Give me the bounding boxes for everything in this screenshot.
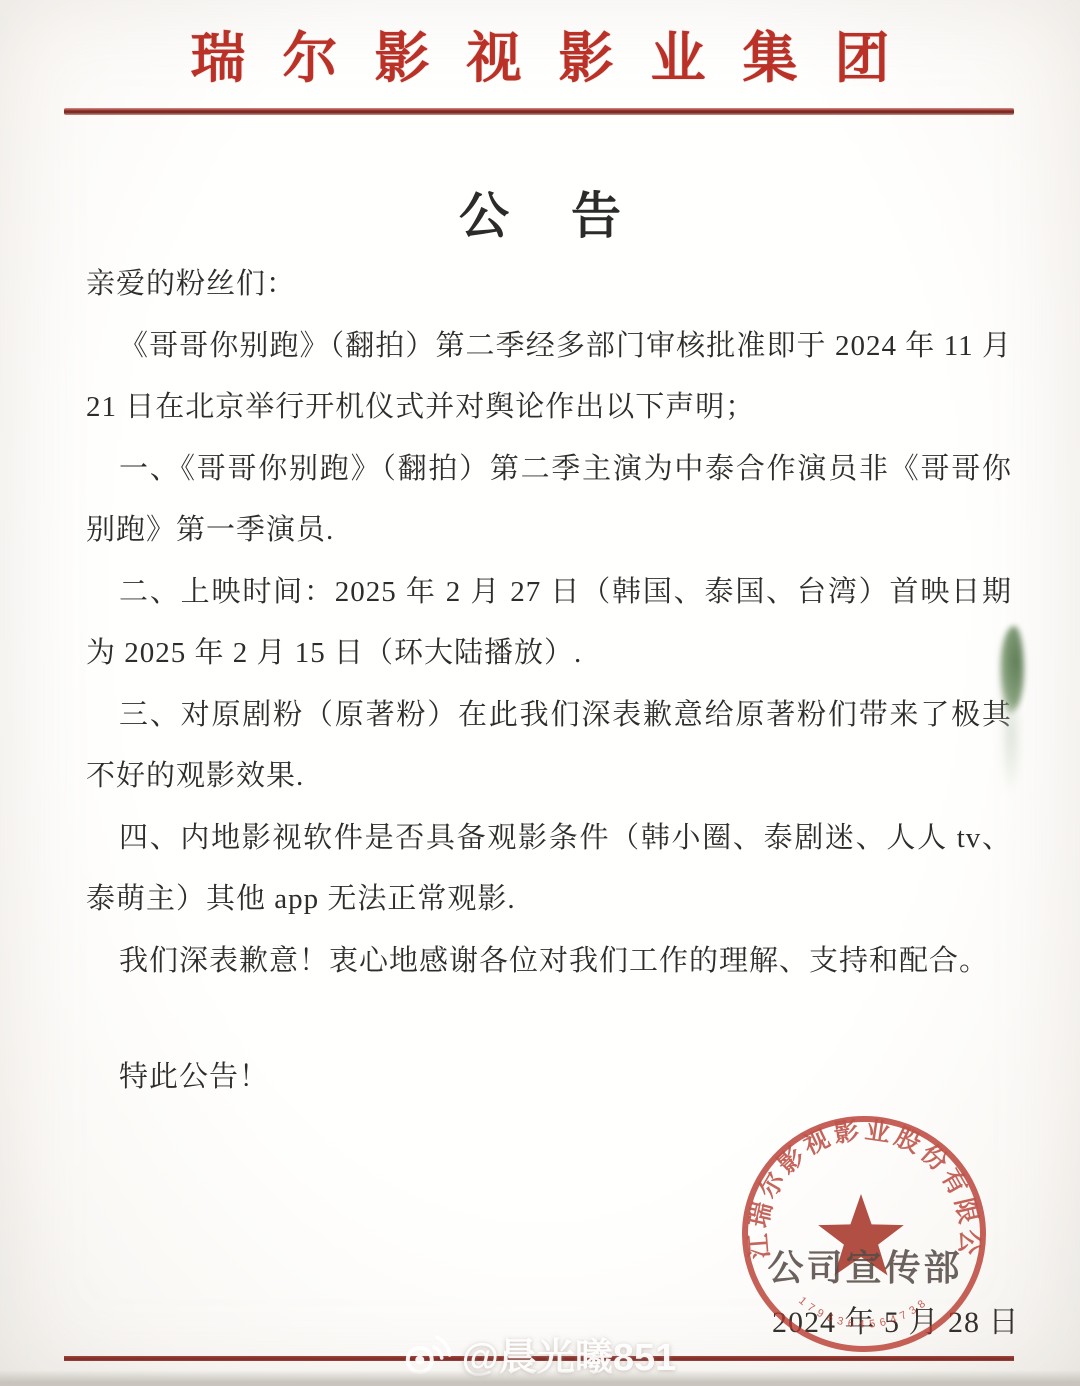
paragraph-4: 三、对原剧粉（原著粉）在此我们深表歉意给原著粉们带来了极其不好的观影效果.	[86, 685, 1012, 808]
announcement-body: 亲爱的粉丝们： 《哥哥你别跑》（翻拍）第二季经多部门审核批准即于 2024 年 …	[86, 254, 1012, 1109]
company-seal: 浙江瑞尔影视影业股份有限公司 1796364564738 公司宣传部	[736, 1112, 994, 1360]
paragraph-1: 《哥哥你别跑》（翻拍）第二季经多部门审核批准即于 2024 年 11 月 21 …	[86, 316, 1012, 439]
photo-artifact-leaf	[1000, 626, 1024, 714]
photo-artifact-smear	[1003, 712, 1019, 790]
seal-department-text: 公司宣传部	[736, 1240, 994, 1291]
salutation: 亲爱的粉丝们：	[86, 254, 1012, 316]
seal-serial-number: 1796364564738	[796, 1295, 932, 1331]
paragraph-5: 四、内地影视软件是否具备观影条件（韩小圈、泰剧迷、人人 tv、泰萌主）其他 ap…	[86, 808, 1012, 931]
weibo-icon	[404, 1332, 452, 1376]
company-header: 瑞尔影视影业集团	[0, 14, 1080, 93]
closing-line: 特此公告！	[86, 1047, 1012, 1109]
photo-bottom-edge	[0, 1370, 1080, 1386]
page-title: 公 告	[0, 176, 1080, 248]
seal-graphic: 浙江瑞尔影视影业股份有限公司 1796364564738	[736, 1112, 994, 1360]
header-divider-line	[64, 108, 1014, 115]
paragraph-3: 二、上映时间：2025 年 2 月 27 日（韩国、泰国、台湾）首映日期为 20…	[86, 562, 1012, 685]
announcement-document: 瑞尔影视影业集团 公 告 亲爱的粉丝们： 《哥哥你别跑》（翻拍）第二季经多部门审…	[0, 0, 1080, 1386]
paragraph-2: 一、《哥哥你别跑》（翻拍）第二季主演为中泰合作演员非《哥哥你别跑》第一季演员.	[86, 439, 1012, 562]
paragraph-6: 我们深表歉意！衷心地感谢各位对我们工作的理解、支持和配合。	[86, 931, 1012, 993]
